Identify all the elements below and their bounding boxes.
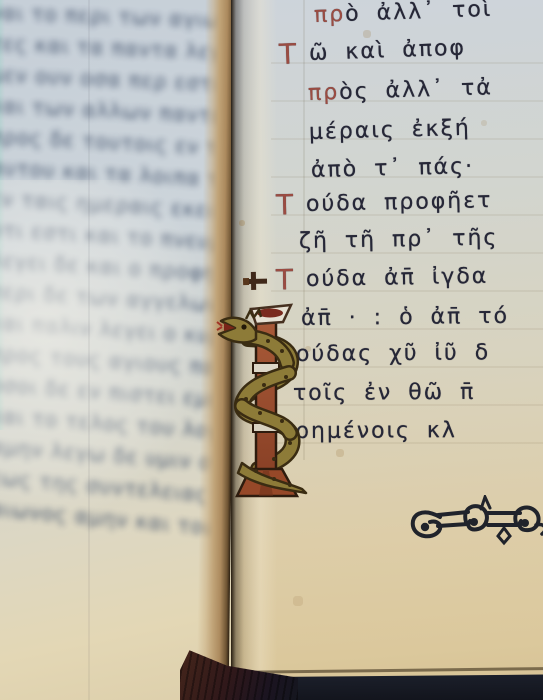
page-crease <box>88 0 90 700</box>
line-text: ὸ ἀλλ᾽ τοὶ <box>345 0 493 27</box>
text-line: ζῆ τῆ πρ᾽ τῆς <box>299 226 499 254</box>
blurred-text-line: προς δε τουτοις εν τωι ον <box>0 124 234 162</box>
rubric-initial: Τ <box>278 37 296 71</box>
text-line: τοῖς ἐν θῶ π̄ <box>293 380 476 406</box>
line-text: μέραις ἐκξή <box>309 116 471 145</box>
rubric-prefix: πρ <box>314 2 346 28</box>
text-line: Τούδα ἀπ̄ ἰγδα <box>306 264 489 292</box>
blurred-text-line: ναι το περι των αγιων προ <box>0 0 234 34</box>
line-text: ούδας χῦ ἰῦ δ <box>296 340 490 367</box>
text-line: πρὸ ἀλλ᾽ τοὶ <box>314 0 493 28</box>
line-text: ούδα ἀπ̄ ἰγδα <box>306 264 489 292</box>
text-line: ἀπὸ τ᾽ πάς· <box>311 154 475 183</box>
line-text: ἀπ̄ · : ὁ ἀπ̄ τό <box>301 304 509 331</box>
text-line: ρημένοις κλ <box>295 418 457 444</box>
line-text: ούδα προφῆετ <box>306 188 493 217</box>
rubric-prefix: πρ <box>308 80 340 106</box>
parchment-stains <box>231 0 233 2</box>
marginal-cross-icon <box>243 271 269 297</box>
text-line: Τούδα προφῆετ <box>306 188 493 217</box>
rubric-initial: Τ <box>276 263 294 296</box>
text-line: μέραις ἐκξή <box>309 116 471 145</box>
blurred-text-line: τες και τα παντα λεγον αυ <box>0 31 234 66</box>
knotwork-tailpiece-icon <box>408 495 543 553</box>
focus-highlight <box>0 180 200 510</box>
serpent-staff-illumination-icon <box>216 299 316 505</box>
rubric-initial: Τ <box>276 188 294 221</box>
text-line: ούδας χῦ ἰῦ δ <box>296 340 490 367</box>
line-text: ρημένοις κλ <box>295 418 457 444</box>
line-text: ἀπὸ τ᾽ πάς· <box>311 154 475 183</box>
text-line: ἀπ̄ · : ὁ ἀπ̄ τό <box>301 304 509 331</box>
blurred-text-line: μεν ουν οσα περ εστιν αυτ <box>0 62 234 98</box>
blurred-text-line: και των αλλων παντα οσα <box>0 93 234 130</box>
line-text: ζῆ τῆ πρ᾽ τῆς <box>299 226 499 254</box>
manuscript-photo: ναι το περι των αγιων προ τες και τα παν… <box>0 0 543 700</box>
line-text: τοῖς ἐν θῶ π̄ <box>293 380 476 406</box>
line-text: ὸς ἀλλ᾽ τἀ <box>339 75 493 105</box>
